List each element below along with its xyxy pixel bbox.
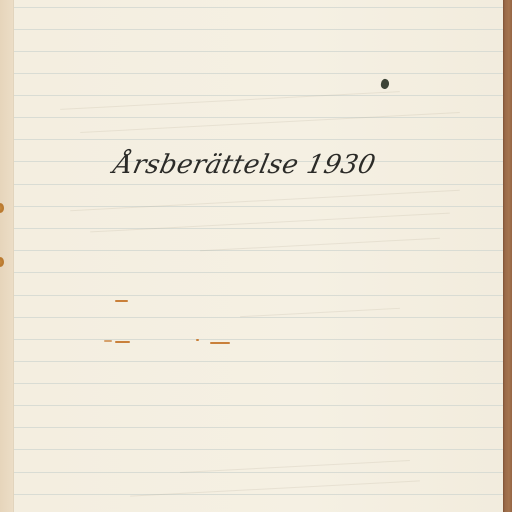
- rule-line: [14, 7, 503, 8]
- rule-line: [14, 405, 503, 406]
- ruled-lines: [14, 0, 503, 512]
- rule-line: [14, 361, 503, 362]
- rust-mark: [104, 340, 112, 342]
- rule-line: [14, 272, 503, 273]
- rule-line: [14, 383, 503, 384]
- rule-line: [14, 339, 503, 340]
- rule-line: [14, 29, 503, 30]
- rule-line: [14, 427, 503, 428]
- rust-mark: [115, 341, 130, 343]
- cardboard-cover-edge: [503, 0, 512, 512]
- rule-line: [14, 449, 503, 450]
- rule-line: [14, 51, 503, 52]
- rule-line: [14, 295, 503, 296]
- punch-hole-mark: [0, 203, 4, 213]
- rust-mark: [196, 339, 199, 341]
- page-left-edge: [0, 0, 14, 512]
- rule-line: [14, 250, 503, 251]
- rule-line: [14, 73, 503, 74]
- rust-mark: [210, 342, 230, 344]
- rule-line: [14, 206, 503, 207]
- rust-mark: [115, 300, 128, 302]
- handwritten-title: Årsberättelse 1930: [111, 150, 379, 180]
- rule-line: [14, 494, 503, 495]
- rule-line: [14, 472, 503, 473]
- rule-line: [14, 317, 503, 318]
- punch-hole-mark: [0, 257, 4, 267]
- notebook-page: Årsberättelse 1930: [0, 0, 512, 512]
- rule-line: [14, 117, 503, 118]
- rule-line: [14, 228, 503, 229]
- rule-line: [14, 139, 503, 140]
- rule-line: [14, 95, 503, 96]
- rule-line: [14, 184, 503, 185]
